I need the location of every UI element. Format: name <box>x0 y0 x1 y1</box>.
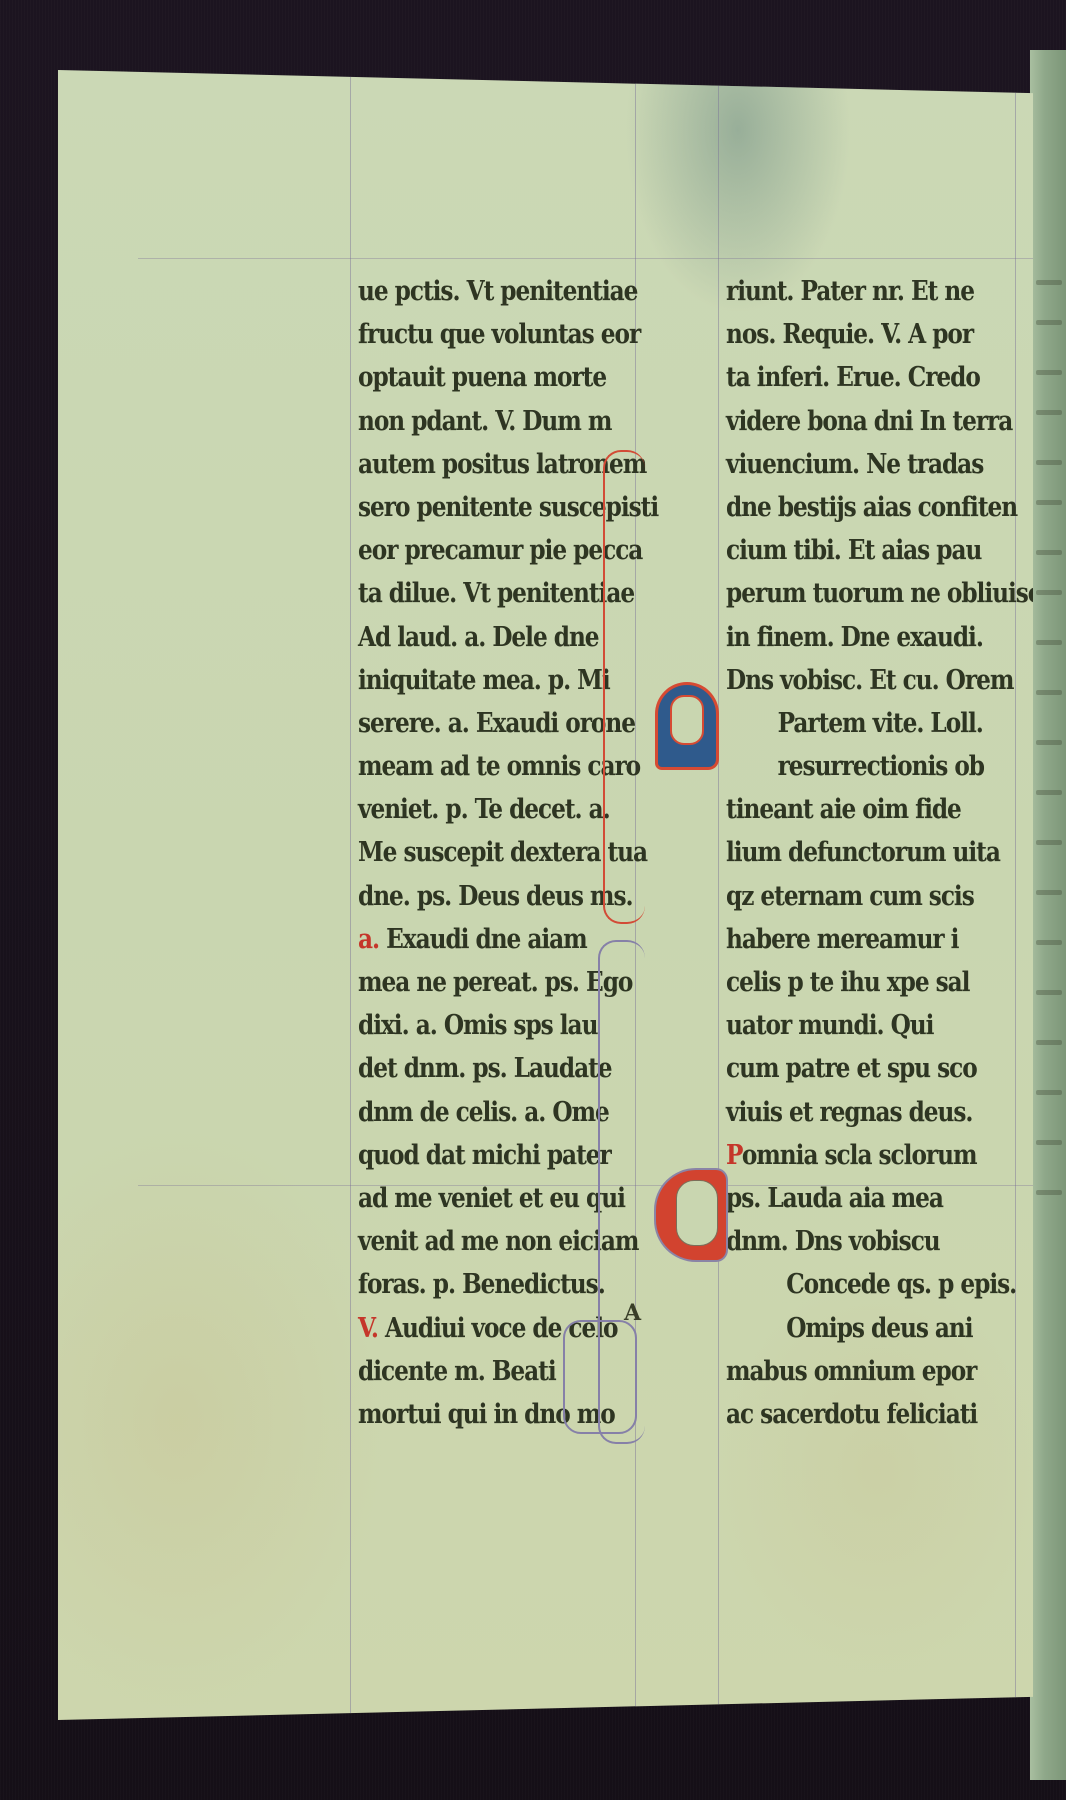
initial-bowl <box>670 695 704 745</box>
text-line: optauit puena morte <box>358 356 658 399</box>
right-text-column: riunt. Pater nr. Et ne nos. Requie. V. A… <box>726 270 1066 1436</box>
initial-counter <box>676 1180 718 1246</box>
ruling-line <box>350 70 351 1720</box>
text-line: ac sacerdotu feliciati <box>726 1393 1066 1436</box>
text-line: fructu que voluntas eor <box>358 313 658 356</box>
text-line: in finem. Dne exaudi. <box>726 616 1066 659</box>
catchword: A <box>624 1300 641 1326</box>
text-line: viuis et regnas deus. <box>726 1091 1066 1134</box>
text-line: non pdant. V. Dum m <box>358 400 658 443</box>
text-line: Omips deus ani <box>726 1307 1066 1350</box>
text-line: Partem vite. Loll. <box>726 702 1066 745</box>
text-line: riunt. Pater nr. Et ne <box>726 270 1066 313</box>
text-line: resurrectionis ob <box>726 745 1066 788</box>
text-line: ps. Lauda aia mea <box>726 1177 1066 1220</box>
decorated-initial-p <box>658 685 716 767</box>
manuscript-page: ue pctis. Vt penitentiae fructu que volu… <box>58 70 1033 1720</box>
decorated-initial-c <box>656 1170 726 1260</box>
text-line: Dns vobisc. Et cu. Orem <box>726 659 1066 702</box>
text-line: viuencium. Ne tradas <box>726 443 1066 486</box>
text-line: cum patre et spu sco <box>726 1047 1066 1090</box>
text-line: lium defunctorum uita <box>726 831 1066 874</box>
text-line: nos. Requie. V. A por <box>726 313 1066 356</box>
text-line: mabus omnium epor <box>726 1350 1066 1393</box>
ruling-line <box>138 258 1033 259</box>
red-penwork-flourish <box>603 450 645 924</box>
text-line: cium tibi. Et aias pau <box>726 529 1066 572</box>
violet-penwork-tail <box>563 1320 637 1434</box>
text-line: celis p te ihu xpe sal <box>726 961 1066 1004</box>
text-line: Concede qs. p epis. <box>726 1263 1066 1306</box>
text-line: videre bona dni In terra <box>726 400 1066 443</box>
text-line: perum tuorum ne obliuiscaris <box>726 572 1066 615</box>
ruling-line <box>718 70 719 1720</box>
text-line: uator mundi. Qui <box>726 1004 1066 1047</box>
text-line: Pomnia scla sclorum <box>726 1134 1066 1177</box>
text-line: ta inferi. Erue. Credo <box>726 356 1066 399</box>
left-text-column: ue pctis. Vt penitentiae fructu que volu… <box>358 270 707 1436</box>
text-line: dnm. Dns vobiscu <box>726 1220 1066 1263</box>
text-line: dne bestijs aias confiten <box>726 486 1066 529</box>
text-line: habere mereamur i <box>726 918 1066 961</box>
adjacent-page-edge <box>1030 50 1066 1780</box>
text-line: tineant aie oim fide <box>726 788 1066 831</box>
text-line: qz eternam cum scis <box>726 875 1066 918</box>
text-line: ue pctis. Vt penitentiae <box>358 270 658 313</box>
